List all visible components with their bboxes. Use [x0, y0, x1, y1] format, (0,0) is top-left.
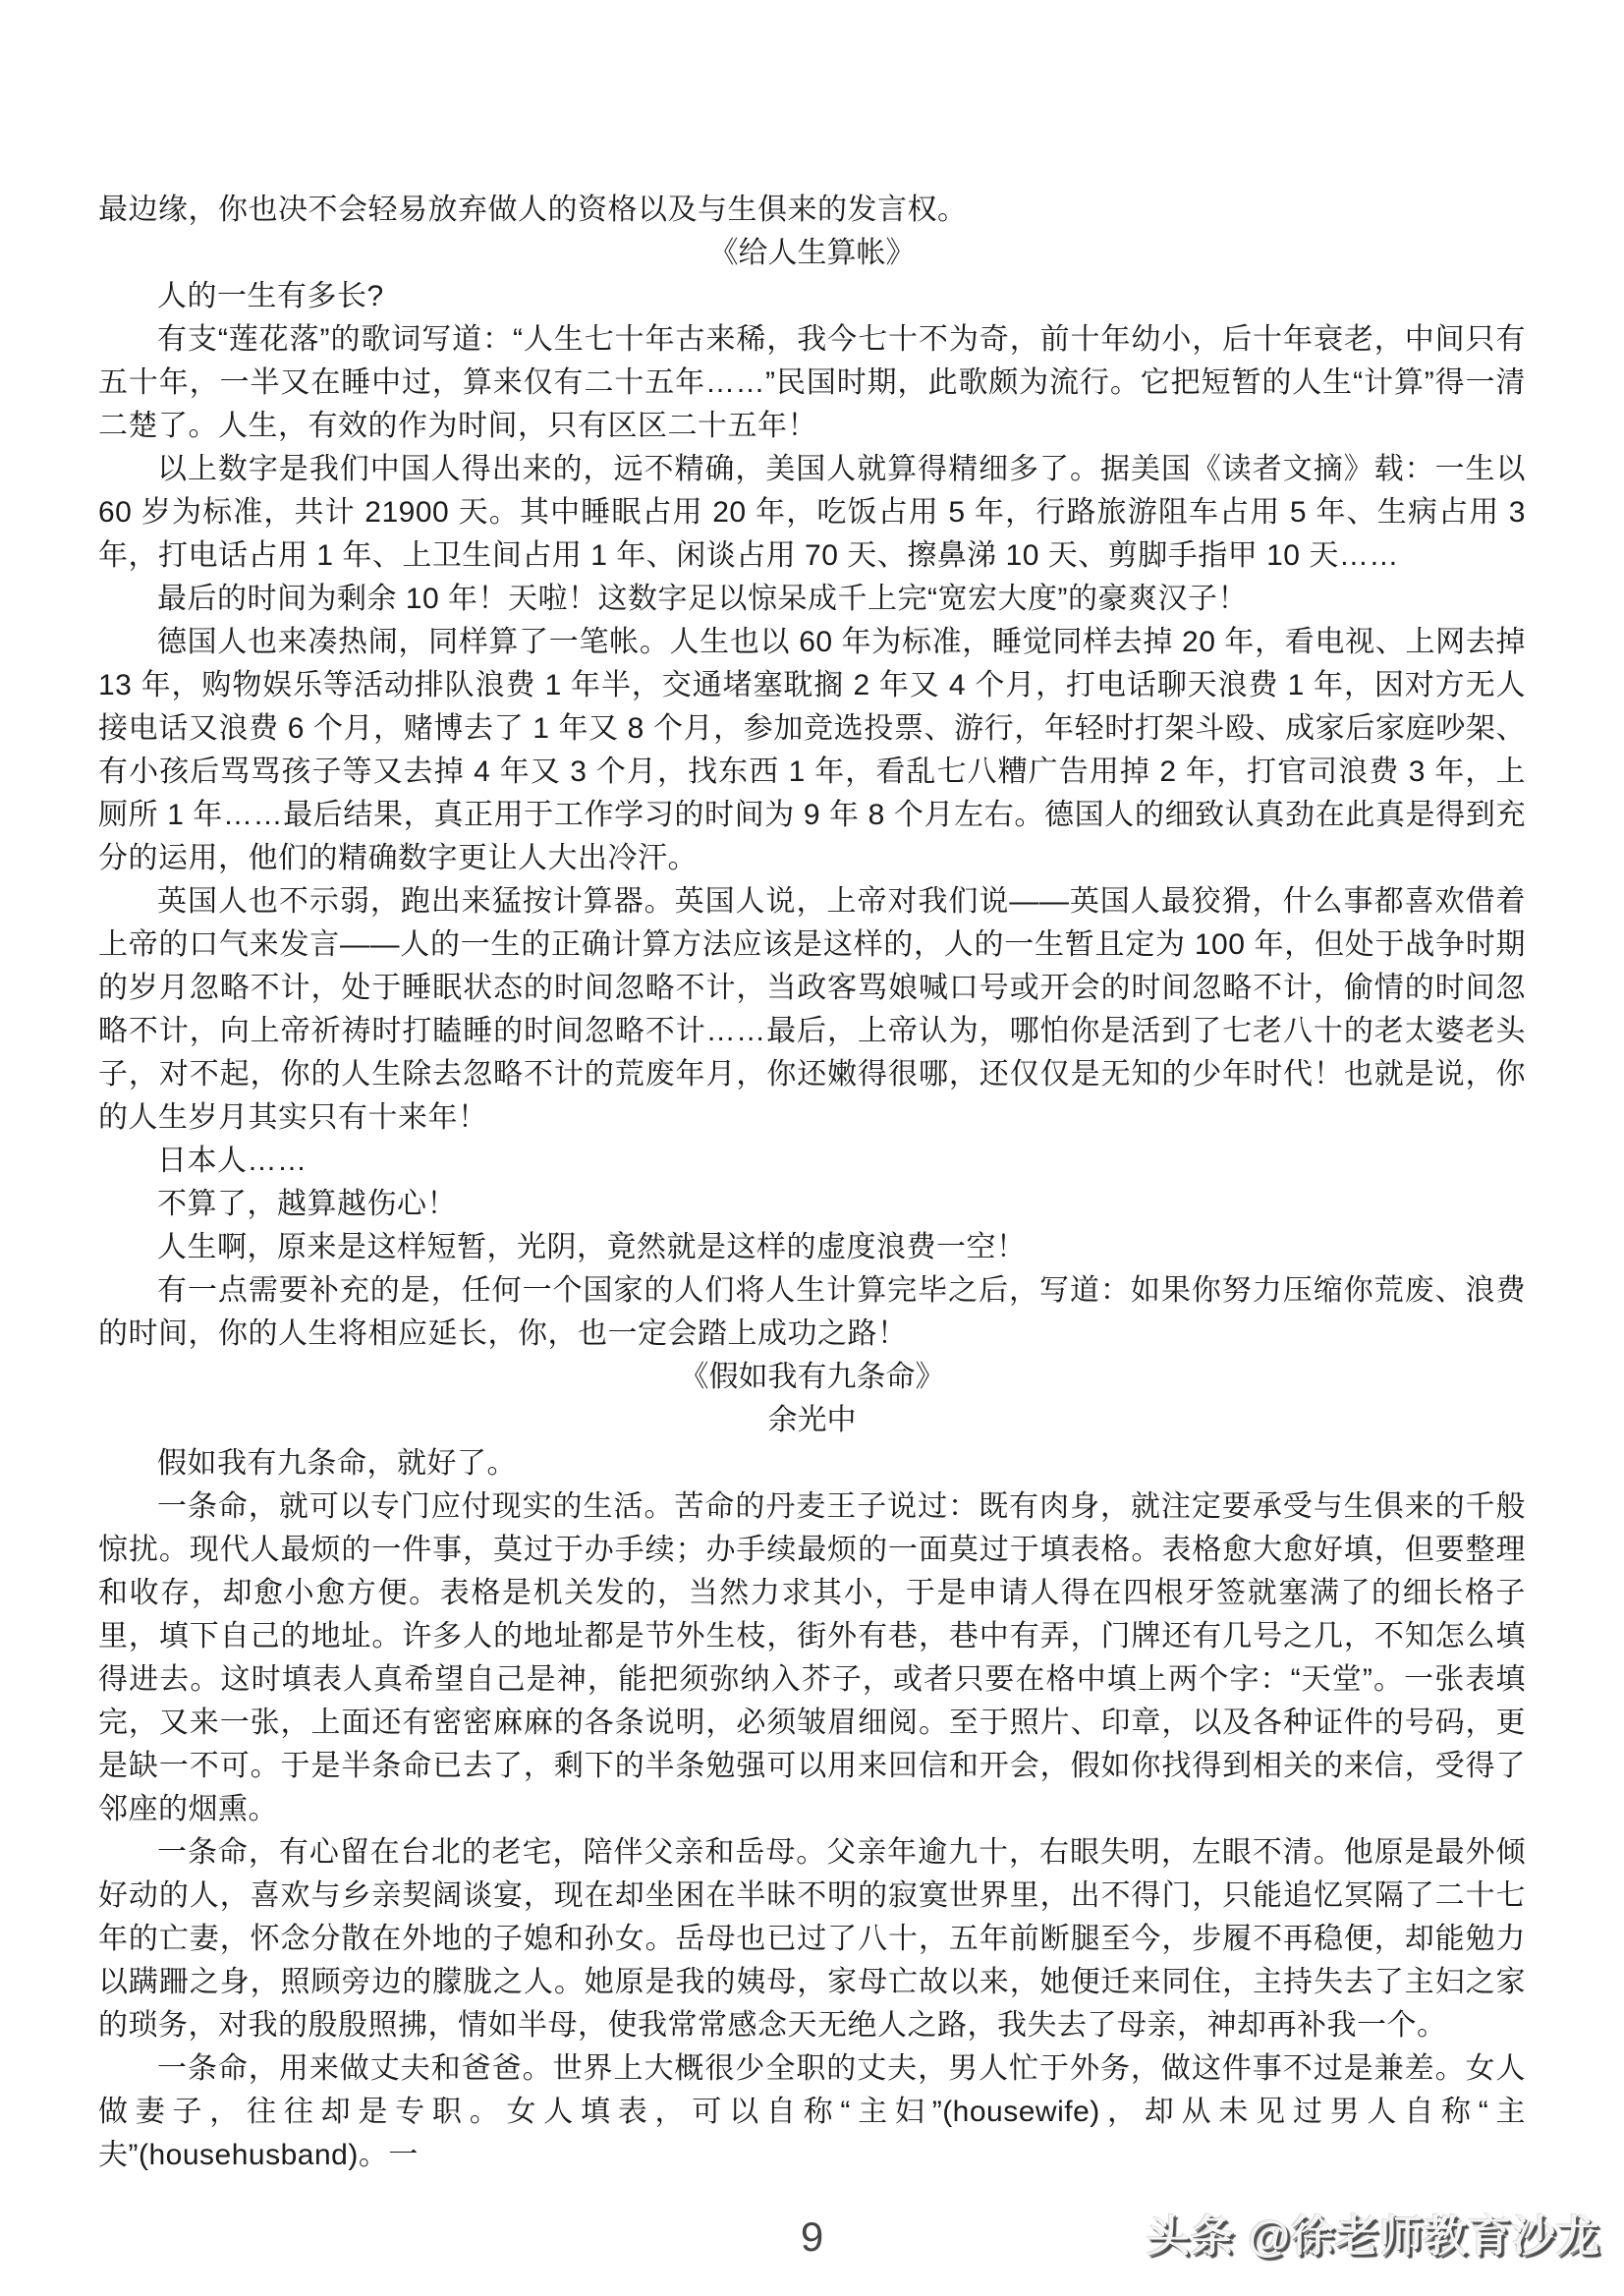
essay2-author: 余光中: [98, 1399, 1526, 1442]
watermark: 头条 @徐老师教育沙龙: [1147, 2213, 1600, 2261]
continuation-line: 最边缘，你也决不会轻易放弃做人的资格以及与生俱来的发言权。: [98, 189, 1526, 232]
paragraph: 人的一生有多长?: [98, 275, 1526, 318]
paragraph: 一条命，有心留在台北的老宅，陪伴父亲和岳母。父亲年逾九十，右眼失明，左眼不清。他…: [98, 1831, 1526, 2047]
paragraph: 有一点需要补充的是，任何一个国家的人们将人生计算完毕之后，写道：如果你努力压缩你…: [98, 1269, 1526, 1356]
paragraph: 不算了，越算越伤心！: [98, 1183, 1526, 1226]
paragraph: 德国人也来凑热闹，同样算了一笔帐。人生也以 60 年为标准，睡觉同样去掉 20 …: [98, 621, 1526, 880]
essay1-title: 《给人生算帐》: [98, 232, 1526, 275]
paragraph: 有支“莲花落”的歌词写道：“人生七十年古来稀，我今七十不为奇，前十年幼小，后十年…: [98, 318, 1526, 448]
paragraph: 以上数字是我们中国人得出来的，远不精确，美国人就算得精细多了。据美国《读者文摘》…: [98, 448, 1526, 578]
paragraph: 一条命，就可以专门应付现实的生活。苦命的丹麦王子说过：既有肉身，就注定要承受与生…: [98, 1485, 1526, 1831]
paragraph: 最后的时间为剩余 10 年！天啦！这数字足以惊呆成千上完“宽宏大度”的豪爽汉子！: [98, 578, 1526, 621]
paragraph: 人生啊，原来是这样短暂，光阴，竟然就是这样的虚度浪费一空！: [98, 1226, 1526, 1269]
paragraph: 假如我有九条命，就好了。: [98, 1442, 1526, 1485]
document-page: 最边缘，你也决不会轻易放弃做人的资格以及与生俱来的发言权。 《给人生算帐》 人的…: [0, 0, 1624, 2296]
document-body: 最边缘，你也决不会轻易放弃做人的资格以及与生俱来的发言权。 《给人生算帐》 人的…: [98, 189, 1526, 2177]
essay2-title: 《假如我有九条命》: [98, 1356, 1526, 1399]
paragraph: 日本人……: [98, 1140, 1526, 1183]
paragraph: 英国人也不示弱，跑出来猛按计算器。英国人说，上帝对我们说——英国人最狡猾，什么事…: [98, 880, 1526, 1140]
paragraph: 一条命，用来做丈夫和爸爸。世界上大概很少全职的丈夫，男人忙于外务，做这件事不过是…: [98, 2047, 1526, 2177]
